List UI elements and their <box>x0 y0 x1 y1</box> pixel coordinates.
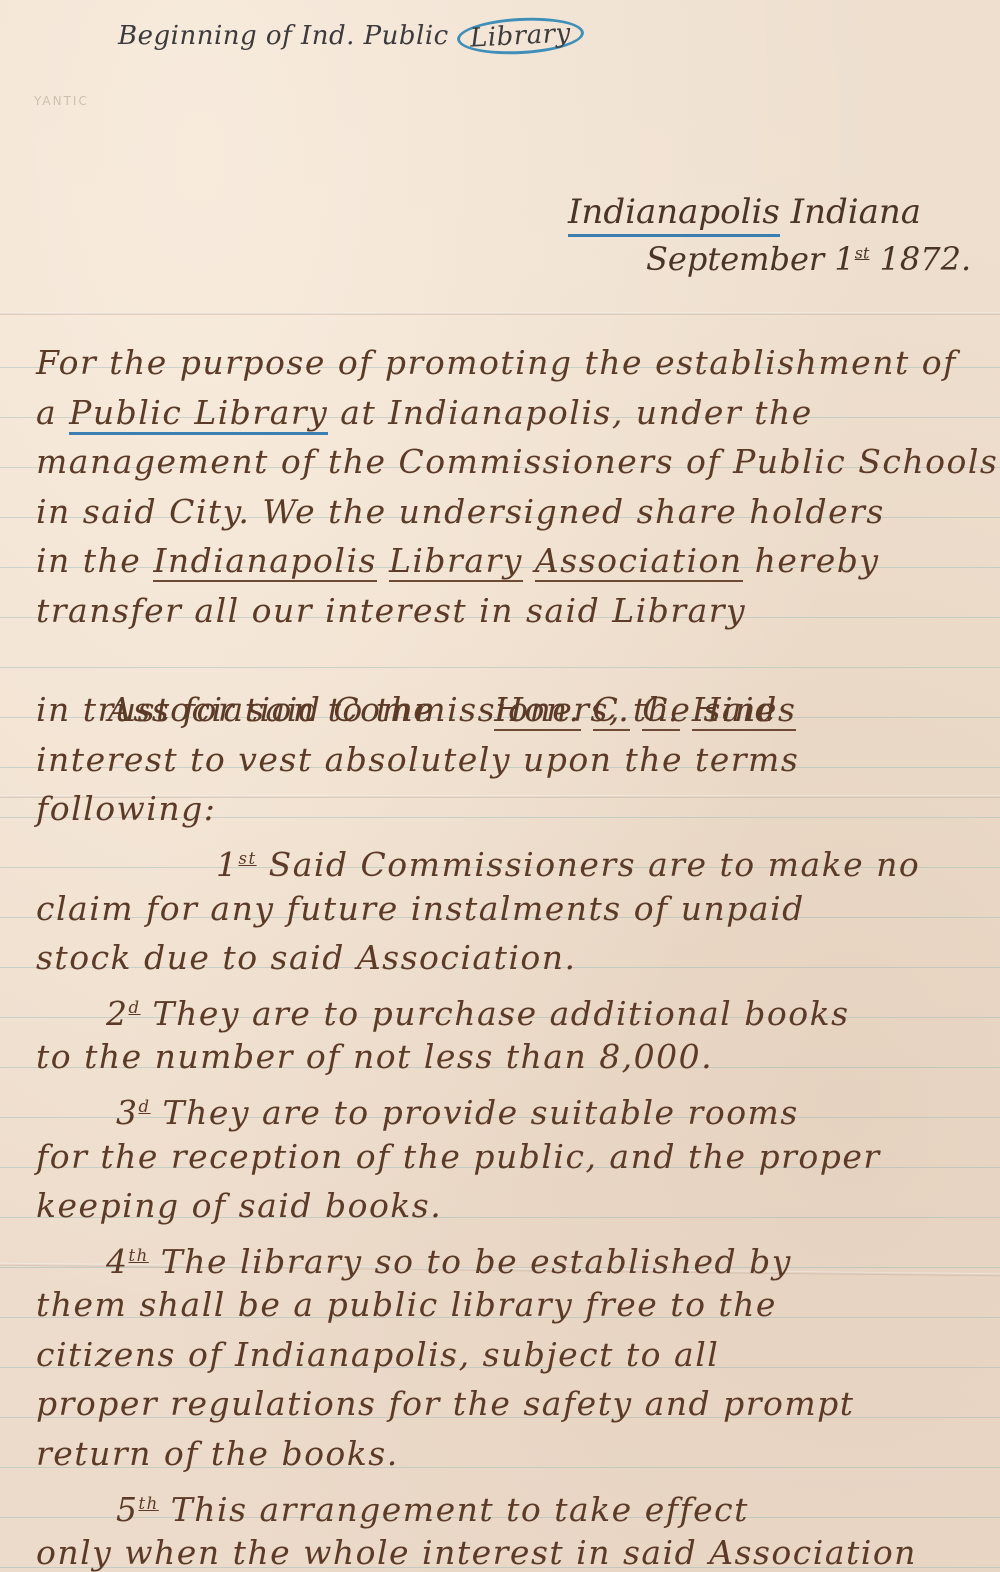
line-text <box>377 541 389 580</box>
line-text: They are to provide suitable rooms <box>151 1093 799 1132</box>
clause-3: 3d They are to provide suitable rooms <box>36 1082 1000 1132</box>
clause-4: 4th The library so to be established by <box>36 1231 1000 1281</box>
paper-fold <box>0 312 1000 315</box>
clause-suffix: st <box>239 849 257 868</box>
place-city: Indianapolis <box>568 192 780 237</box>
line-text: in the <box>36 541 153 580</box>
underlined-word: Library <box>389 541 523 582</box>
body-line: proper regulations for the safety and pr… <box>36 1379 1000 1429</box>
body-line: return of the books. <box>36 1429 1000 1479</box>
circled-word: Library <box>457 15 585 58</box>
clause-suffix: th <box>139 1494 159 1513</box>
body-line: for the reception of the public, and the… <box>36 1132 1000 1182</box>
body-line: Association to the Hon. C. C. Hines <box>36 636 1000 686</box>
line-text: They are to purchase additional books <box>141 994 850 1033</box>
letter-page: Beginning of Ind. Public Library YANTIC … <box>0 0 1000 1572</box>
line-text: Said Commissioners are to make no <box>257 845 921 884</box>
body-line: For the purpose of promoting the establi… <box>36 338 1000 388</box>
letter-body: For the purpose of promoting the establi… <box>36 338 1000 1572</box>
body-line: a Public Library at Indianapolis, under … <box>36 388 1000 438</box>
body-line: management of the Commissioners of Publi… <box>36 437 1000 487</box>
line-text: This arrangement to take effect <box>159 1490 749 1529</box>
clause-suffix: d <box>139 1097 151 1116</box>
body-line: citizens of Indianapolis, subject to all <box>36 1330 1000 1380</box>
body-line: stock due to said Association. <box>36 933 1000 983</box>
date-month: September <box>646 240 824 278</box>
underlined-word: Indianapolis <box>153 541 377 582</box>
body-line: claim for any future instalments of unpa… <box>36 884 1000 934</box>
line-text <box>523 541 535 580</box>
underlined-word: Association <box>535 541 743 582</box>
clause-number: 2 <box>106 994 129 1033</box>
paper-watermark: YANTIC <box>34 94 89 108</box>
line-text: at Indianapolis, under the <box>328 393 812 432</box>
date-suffix: st <box>855 243 870 262</box>
body-line: to the number of not less than 8,000. <box>36 1032 1000 1082</box>
clause-number: 3 <box>116 1093 139 1132</box>
body-line: interest to vest absolutely upon the ter… <box>36 735 1000 785</box>
underlined-public-library: Public Library <box>69 393 328 435</box>
archival-annotation: Beginning of Ind. Public Library <box>118 18 584 54</box>
body-line: only when the whole interest in said Ass… <box>36 1528 1000 1572</box>
body-line: keeping of said books. <box>36 1181 1000 1231</box>
clause-suffix: th <box>129 1246 149 1265</box>
line-text: hereby <box>743 541 880 580</box>
annotation-text: Beginning of Ind. Public <box>118 21 449 51</box>
clause-2: 2d They are to purchase additional books <box>36 983 1000 1033</box>
clause-suffix: d <box>129 998 141 1017</box>
body-line: following: <box>36 784 1000 834</box>
line-text: a <box>36 393 69 432</box>
place-state: Indiana <box>791 192 921 232</box>
clause-number: 1 <box>216 845 239 884</box>
date-day: 1 <box>834 240 854 278</box>
letter-date: September 1st 1872. <box>646 240 971 278</box>
clause-5: 5th This arrangement to take effect <box>36 1479 1000 1529</box>
clause-1: 1st Said Commissioners are to make no <box>36 834 1000 884</box>
clause-number: 5 <box>116 1490 139 1529</box>
body-line: in trust for said Commissioners, the sai… <box>36 685 1000 735</box>
body-line: them shall be a public library free to t… <box>36 1280 1000 1330</box>
body-line: in the Indianapolis Library Association … <box>36 536 1000 586</box>
clause-number: 4 <box>106 1242 129 1281</box>
letter-place: Indianapolis Indiana <box>568 192 921 232</box>
body-line: transfer all our interest in said Librar… <box>36 586 1000 636</box>
body-line: in said City. We the undersigned share h… <box>36 487 1000 537</box>
line-text: The library so to be established by <box>149 1242 792 1281</box>
date-year: 1872. <box>880 240 972 278</box>
